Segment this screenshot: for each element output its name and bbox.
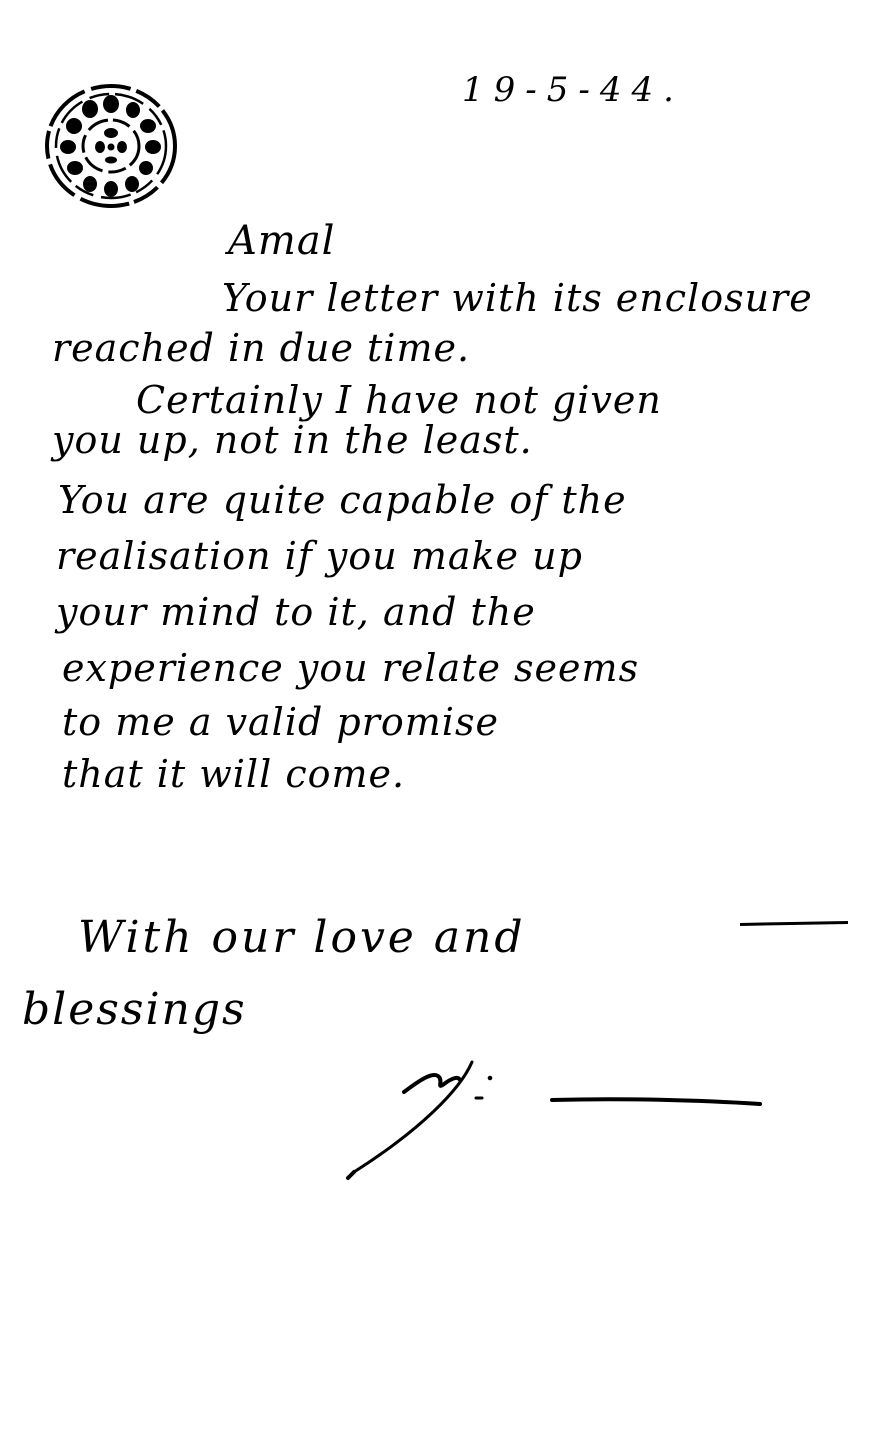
body-line: experience you relate seems bbox=[62, 646, 639, 690]
body-line: your mind to it, and the bbox=[56, 590, 536, 634]
body-line: realisation if you make up bbox=[56, 534, 583, 578]
body-line: Your letter with its enclosure bbox=[222, 276, 813, 320]
body-line: Certainly I have not given bbox=[136, 378, 662, 422]
body-line: to me a valid promise bbox=[62, 700, 499, 744]
closing-flourish bbox=[740, 921, 848, 926]
salutation: Amal bbox=[228, 218, 335, 264]
body-line: You are quite capable of the bbox=[58, 478, 627, 522]
signature-mark bbox=[340, 1050, 780, 1190]
body-line: reached in due time. bbox=[52, 326, 470, 370]
closing-line-2: blessings bbox=[22, 984, 247, 1035]
body-line: that it will come. bbox=[62, 752, 405, 796]
letter-date: 19-5-44. bbox=[462, 70, 684, 110]
letter-page: 19-5-44. Amal Your letter with its enclo… bbox=[0, 0, 887, 1444]
circular-emblem-icon bbox=[38, 76, 184, 216]
body-line: you up, not in the least. bbox=[52, 418, 533, 462]
closing-line-1: With our love and bbox=[78, 912, 526, 963]
